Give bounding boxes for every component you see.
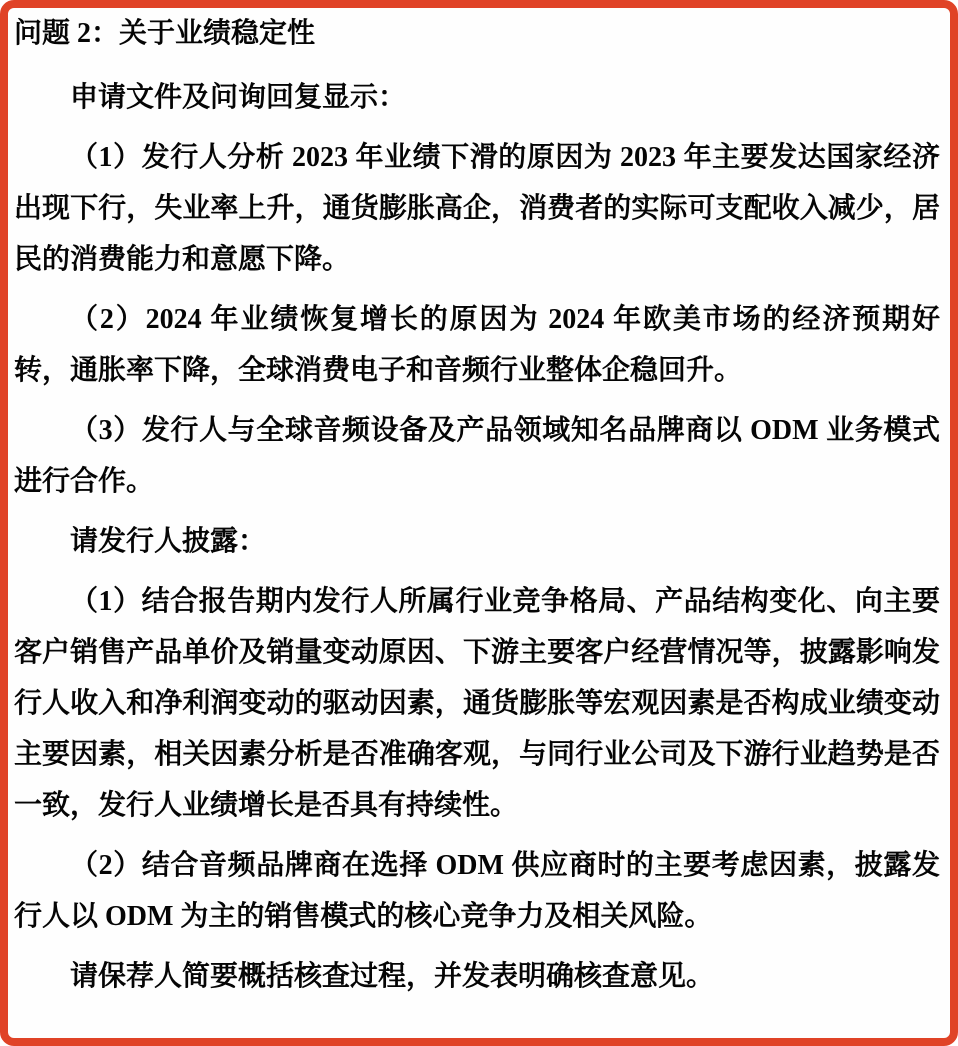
document-frame: 问题 2：关于业绩稳定性 申请文件及问询回复显示： （1）发行人分析 2023 …	[0, 0, 958, 1046]
disclosure-point-1: （1）结合报告期内发行人所属行业竞争格局、产品结构变化、向主要客户销售产品单价及…	[14, 576, 940, 831]
application-point-2: （2）2024 年业绩恢复增长的原因为 2024 年欧美市场的经济预期好转，通胀…	[14, 294, 940, 396]
intro-line: 申请文件及问询回复显示：	[14, 72, 940, 123]
page: 问题 2：关于业绩稳定性 申请文件及问询回复显示： （1）发行人分析 2023 …	[0, 0, 958, 1046]
disclosure-request-line: 请发行人披露：	[14, 516, 940, 567]
document-title: 问题 2：关于业绩稳定性	[14, 12, 940, 56]
disclosure-point-2: （2）结合音频品牌商在选择 ODM 供应商时的主要考虑因素，披露发行人以 ODM…	[14, 840, 940, 942]
sponsor-request-line: 请保荐人简要概括核查过程，并发表明确核查意见。	[14, 951, 940, 1002]
application-point-3: （3）发行人与全球音频设备及产品领域知名品牌商以 ODM 业务模式进行合作。	[14, 405, 940, 507]
application-point-1: （1）发行人分析 2023 年业绩下滑的原因为 2023 年主要发达国家经济出现…	[14, 132, 940, 285]
